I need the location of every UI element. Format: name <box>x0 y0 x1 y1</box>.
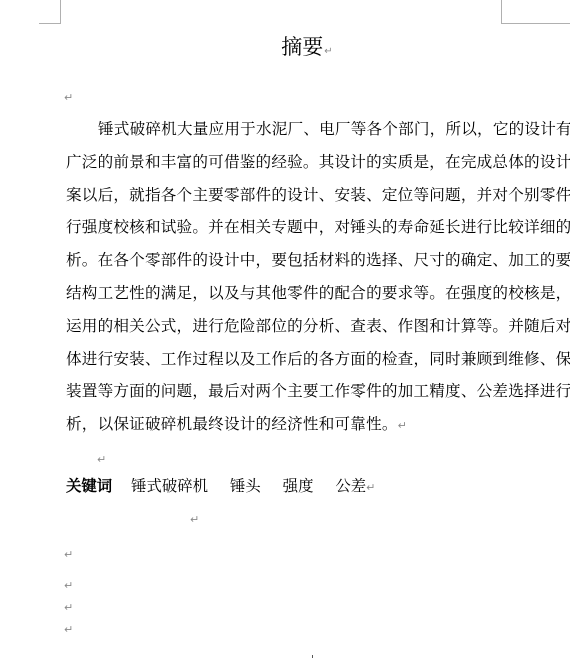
paragraph-mark-icon: ↵ <box>324 46 332 57</box>
keyword: 公差 <box>335 477 366 495</box>
page-margin-corner-top-right <box>501 0 570 24</box>
abstract-line: 析。在各个零部件的设计中，要包括材料的选择、尺寸的确定、加工的要求， <box>66 244 550 277</box>
abstract-line: 装置等方面的问题，最后对两个主要工作零件的加工精度、公差选择进行分 <box>66 375 550 408</box>
paragraph-mark-icon: ↵ <box>64 548 73 561</box>
abstract-line: 运用的相关公式，进行危险部位的分析、查表、作图和计算等。并随后对整 <box>66 310 550 343</box>
keywords-line[interactable]: 关键词 锤式破碎机 锤头 强度 公差↵ <box>66 474 375 500</box>
abstract-line-text: 析，以保证破碎机最终设计的经济性和可靠性。 <box>66 415 398 433</box>
keyword: 锤式破碎机 <box>131 477 208 495</box>
abstract-line: 案以后，就指各个主要零部件的设计、安装、定位等问题，并对个别零件进 <box>66 179 550 212</box>
paragraph-mark-icon: ↵ <box>64 91 73 104</box>
abstract-line: 锤式破碎机大量应用于水泥厂、电厂等各个部门，所以，它的设计有着 <box>66 113 550 146</box>
keywords-label: 关键词 <box>66 477 112 495</box>
empty-paragraph[interactable]: ↵ <box>97 448 106 462</box>
abstract-line: 结构工艺性的满足，以及与其他零件的配合的要求等。在强度的校核是，要 <box>66 277 550 310</box>
paragraph-mark-icon: ↵ <box>64 623 73 636</box>
keyword: 锤头 <box>230 477 261 495</box>
empty-paragraph[interactable]: ↵ <box>64 596 73 610</box>
empty-paragraph[interactable]: ↵ <box>64 543 73 557</box>
paragraph-mark-icon: ↵ <box>190 513 199 526</box>
paragraph-mark-icon: ↵ <box>398 419 407 432</box>
title-text: 摘要 <box>281 35 323 59</box>
paragraph-mark-icon: ↵ <box>64 579 73 592</box>
abstract-line: 体进行安装、工作过程以及工作后的各方面的检查，同时兼顾到维修、保险 <box>66 343 550 376</box>
paragraph-mark-icon: ↵ <box>97 453 106 466</box>
document-title[interactable]: 摘要↵ <box>0 32 570 67</box>
empty-paragraph[interactable]: ↵ <box>64 574 73 588</box>
empty-paragraph[interactable]: ↵ <box>64 86 73 100</box>
empty-paragraph[interactable]: ↵ <box>64 618 73 632</box>
page-margin-corner-top-left <box>39 0 61 24</box>
empty-paragraph[interactable]: ↵ <box>190 508 199 522</box>
abstract-line: 广泛的前景和丰富的可借鉴的经验。其设计的实质是，在完成总体的设计方 <box>66 146 550 179</box>
paragraph-mark-icon: ↵ <box>366 481 375 494</box>
paragraph-mark-icon: ↵ <box>64 601 73 614</box>
abstract-line: 行强度校核和试验。并在相关专题中，对锤头的寿命延长进行比较详细的分 <box>66 211 550 244</box>
keyword: 强度 <box>283 477 314 495</box>
abstract-paragraph[interactable]: 锤式破碎机大量应用于水泥厂、电厂等各个部门，所以，它的设计有着 广泛的前景和丰富… <box>66 113 550 443</box>
abstract-line: 析，以保证破碎机最终设计的经济性和可靠性。↵ <box>66 408 550 443</box>
